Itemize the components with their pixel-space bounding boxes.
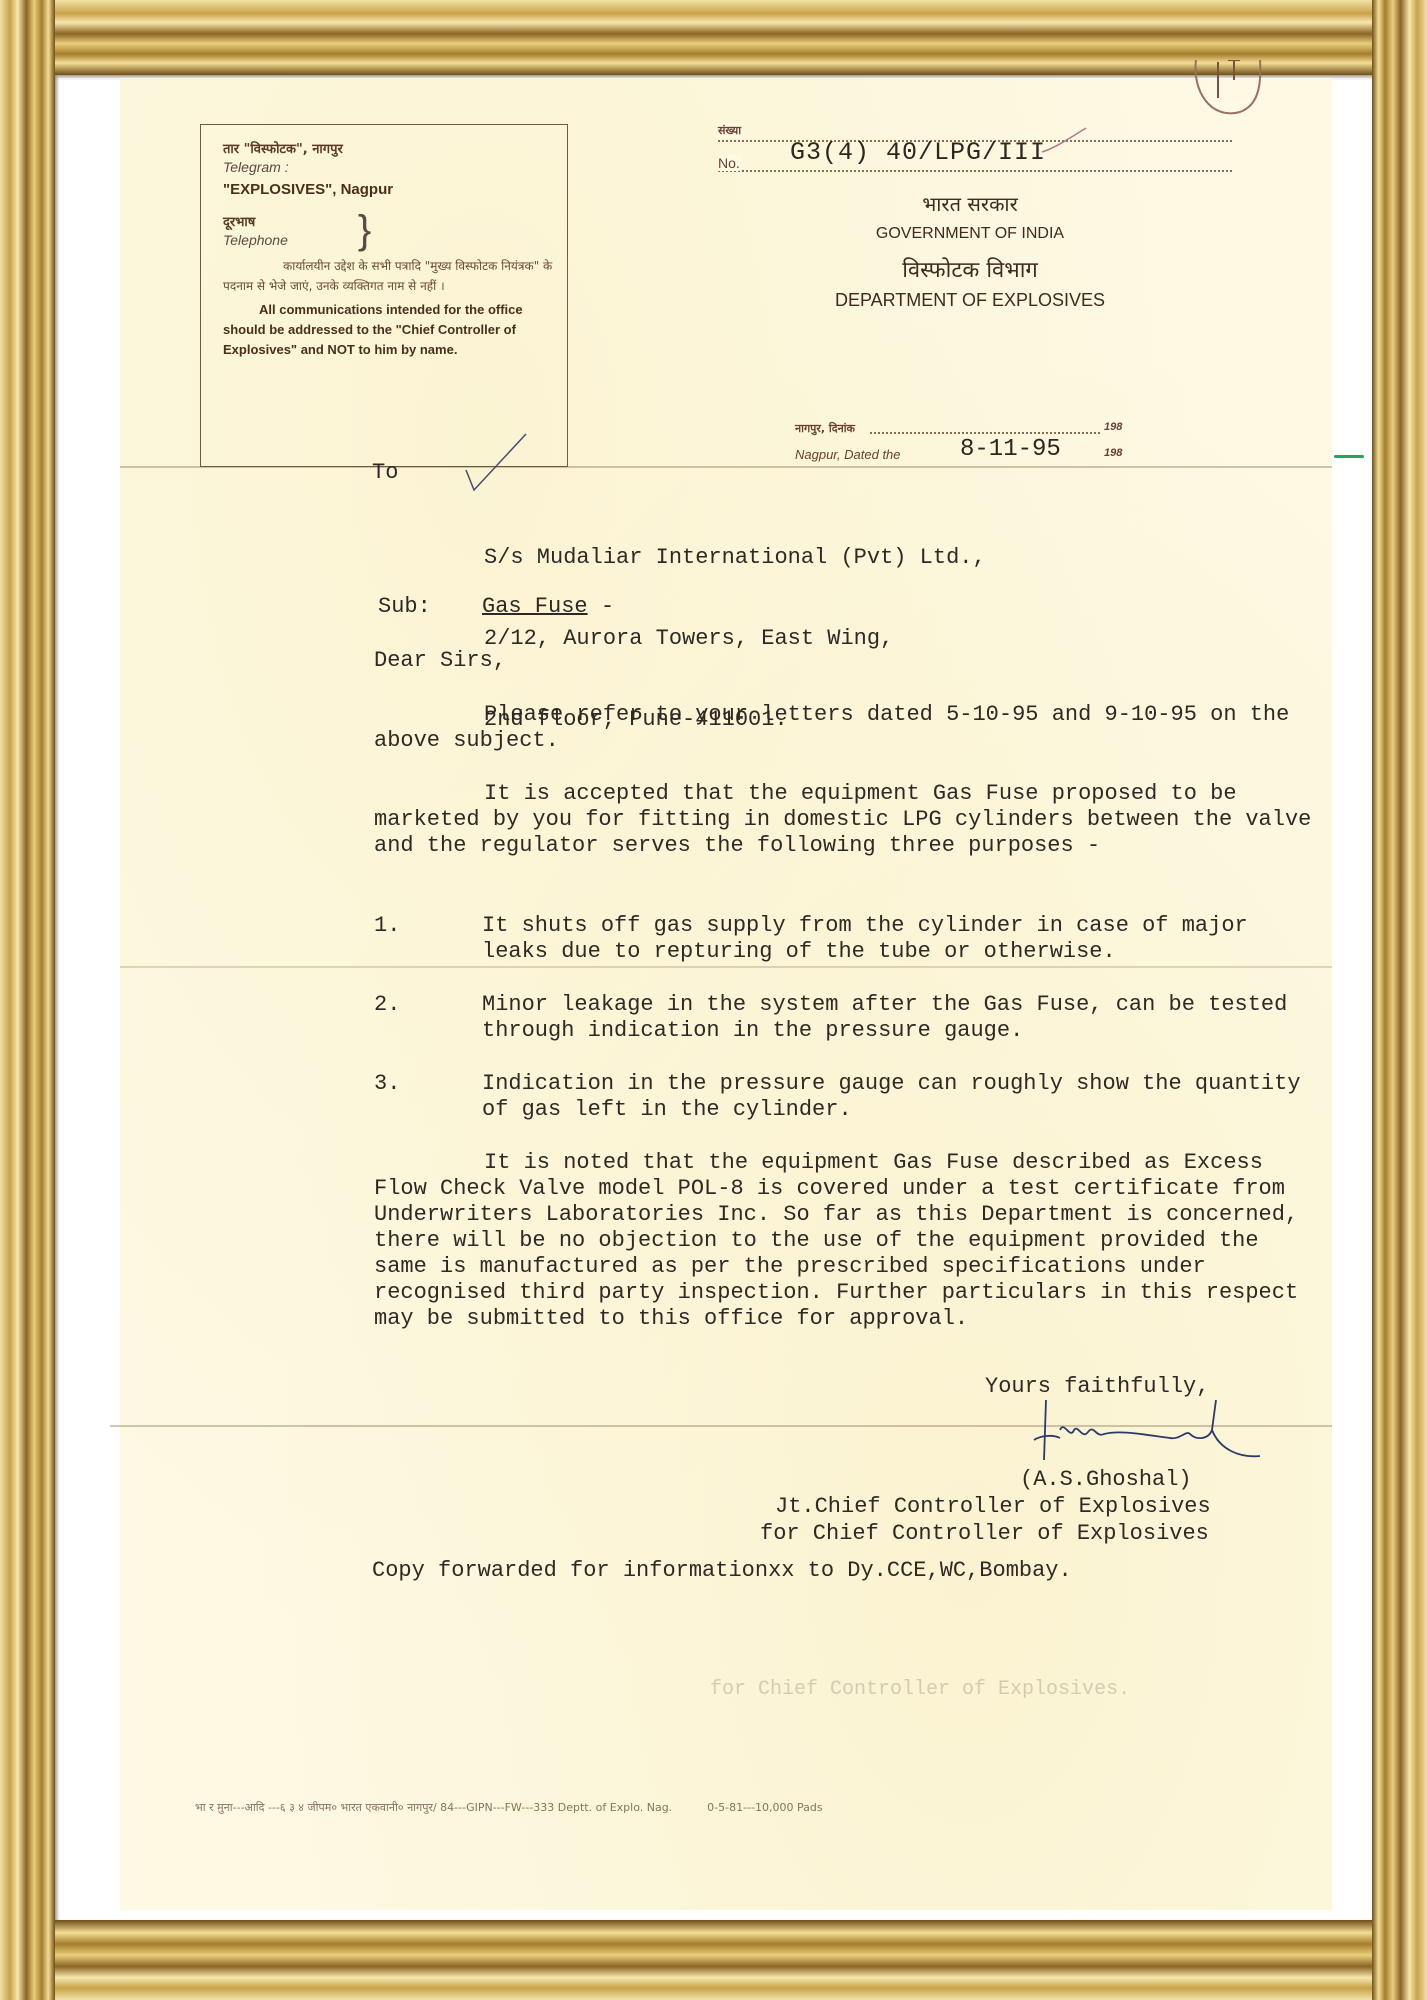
address-line: 2/12, Aurora Towers, East Wing,: [484, 625, 986, 652]
dept-english: DEPARTMENT OF EXPLOSIVES: [760, 290, 1180, 311]
signatory-name: (A.S.Ghoshal): [1020, 1467, 1192, 1493]
place-date-hindi: नागपुर, दिनांक: [795, 421, 855, 436]
telephone-row: दूरभाष Telephone }: [223, 210, 555, 250]
purpose-text: Indication in the pressure gauge can rou…: [482, 1071, 1324, 1123]
ref-hindi-label: संख्या: [718, 123, 743, 138]
brace-icon: }: [358, 210, 371, 250]
paragraph-3: It is noted that the equipment Gas Fuse …: [374, 1150, 1324, 1332]
paragraph-2: It is accepted that the equipment Gas Fu…: [374, 781, 1324, 859]
subject-line: Gas Fuse -: [482, 594, 614, 620]
signature-icon: [1030, 1400, 1270, 1470]
subject-suffix: -: [588, 594, 614, 619]
subject-text: Gas Fuse: [482, 594, 588, 619]
ref-no-label: No.: [718, 155, 742, 171]
purpose-item: 3. Indication in the pressure gauge can …: [374, 1071, 1324, 1123]
date-dotted-line: [870, 424, 1100, 434]
reference-number: G3(4) 40/LPG/III: [790, 138, 1046, 167]
purpose-number: 3.: [374, 1071, 482, 1123]
place-date-english: Nagpur, Dated the: [795, 447, 901, 462]
signatory-title-1: Jt.Chief Controller of Explosives: [775, 1494, 1211, 1520]
purpose-item: 2. Minor leakage in the system after the…: [374, 992, 1324, 1044]
telephone-hindi: दूरभाष: [223, 212, 288, 230]
note-english: All communications intended for the offi…: [223, 300, 555, 360]
year-prefix-1: 198: [1104, 421, 1122, 433]
fold-line-middle: [120, 966, 1332, 968]
telegram-address: "EXPLOSIVES", Nagpur: [223, 181, 555, 198]
green-marker-mark: [1334, 455, 1364, 458]
stamp-circle-icon: [1190, 60, 1270, 130]
salutation: Dear Sirs,: [374, 648, 506, 674]
telephone-label: Telephone: [223, 232, 288, 248]
purpose-number: 2.: [374, 992, 482, 1044]
pencil-tick-icon: [1040, 126, 1090, 156]
subject-label: Sub:: [378, 594, 431, 620]
purpose-item: 1. It shuts off gas supply from the cyli…: [374, 913, 1324, 965]
frame-right: [1372, 0, 1427, 2000]
gov-english: GOVERNMENT OF INDIA: [760, 225, 1180, 243]
paragraph-1: Please refer to your letters dated 5-10-…: [374, 702, 1324, 754]
letterhead-box: तार "विस्फोटक", नागपुर Telegram : "EXPLO…: [200, 124, 568, 467]
printer-imprint: भा र मु़ना---आदि ---६ ३ ४ जीपम० भारत एकव…: [195, 1800, 823, 1815]
copy-forwarded-note: Copy forwarded for informationxx to Dy.C…: [372, 1558, 1072, 1584]
purpose-text: It shuts off gas supply from the cylinde…: [482, 913, 1324, 965]
purpose-number: 1.: [374, 913, 482, 965]
checkmark-icon: [460, 432, 530, 492]
telegram-label: Telegram :: [223, 159, 555, 175]
frame-bottom: [0, 1920, 1427, 2000]
address-line: S/s Mudaliar International (Pvt) Ltd.,: [484, 544, 986, 571]
note-hindi: कार्यालयीन उद्देश के सभी पत्रादि "मुख्य …: [223, 256, 555, 296]
year-prefix-2: 198: [1104, 447, 1122, 459]
closing: Yours faithfully,: [985, 1374, 1209, 1400]
purpose-text: Minor leakage in the system after the Ga…: [482, 992, 1324, 1044]
telegram-hindi: तार "विस्फोटक", नागपुर: [223, 139, 555, 157]
signatory-title-2: for Chief Controller of Explosives: [760, 1521, 1209, 1547]
dept-hindi: विस्फोटक विभाग: [760, 254, 1180, 284]
letter-date: 8-11-95: [960, 436, 1061, 463]
gov-hindi: भारत सरकार: [760, 190, 1180, 217]
frame-left: [0, 0, 55, 2000]
to-label: To: [372, 460, 398, 486]
faint-carbon-impression: for Chief Controller of Explosives.: [710, 1677, 1130, 1703]
